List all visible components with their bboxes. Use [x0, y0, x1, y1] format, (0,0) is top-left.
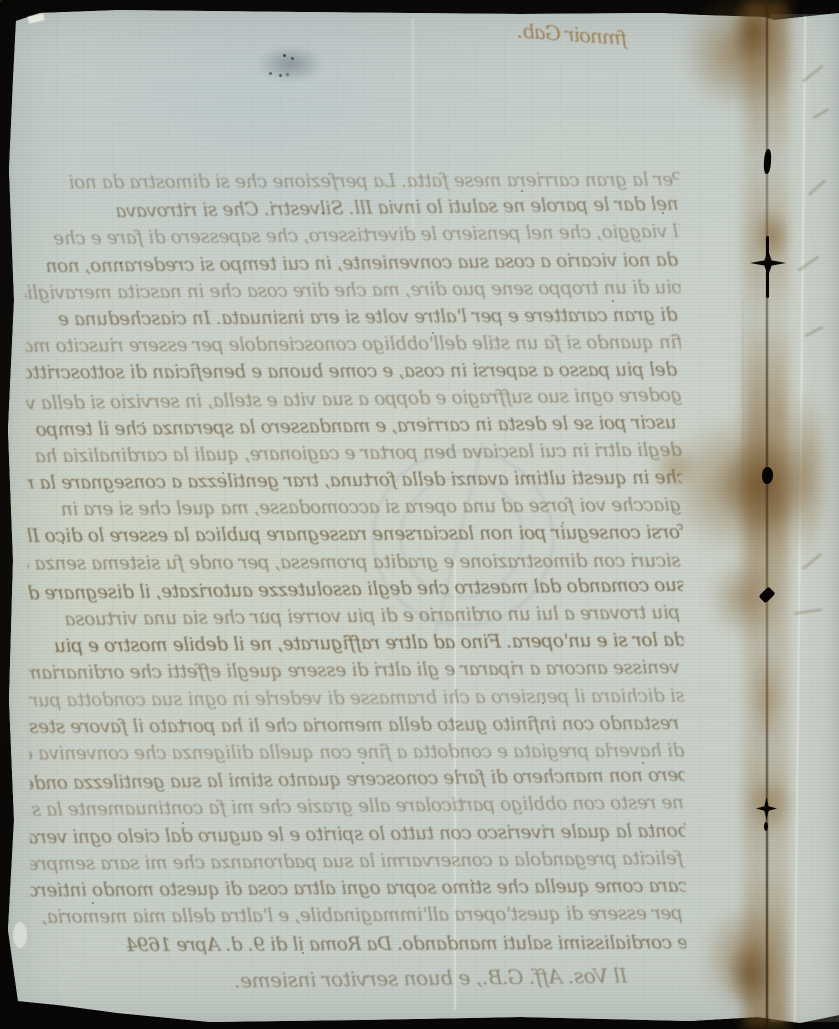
graphite-smudge-dots: [283, 54, 286, 57]
paper-chip: [13, 922, 27, 948]
photo-background: fmnoir Gab. Per la gran carriera mese fa…: [0, 0, 839, 1029]
manuscript-closing-line: per essere di quest'opera all'immaginabi…: [28, 900, 683, 931]
stain-blot-bottom-core: [714, 928, 786, 1023]
stain-blot-rightstrip: [772, 356, 838, 591]
manuscript-line: restando con infinito gusto della memori…: [24, 710, 679, 741]
manuscript-closing-line: Il Vos. Aff. G.B., e buon servitor insie…: [27, 962, 682, 998]
stain-blot-left-point: [640, 436, 710, 498]
manuscript-closing-line: e cordialissimi saluti mandando. Da Roma…: [33, 930, 687, 960]
graphite-smudge: [243, 38, 338, 90]
manuscript-body: Per la gran carriera mese fatta. La perf…: [24, 165, 686, 1017]
stain-blot-mid: [692, 540, 797, 655]
manuscript-line: si dichiara il pensiero a chi bramasse d…: [30, 682, 685, 714]
manuscript-line: forsi conseguir poi non lasciarsene rass…: [31, 519, 686, 550]
fold-hole: [764, 822, 768, 831]
stain-blot-hole: [734, 766, 804, 844]
manuscript-line: fin quando si fa un stile dell'obbligo c…: [28, 329, 683, 360]
ink-specks: [0, 0, 2, 2]
